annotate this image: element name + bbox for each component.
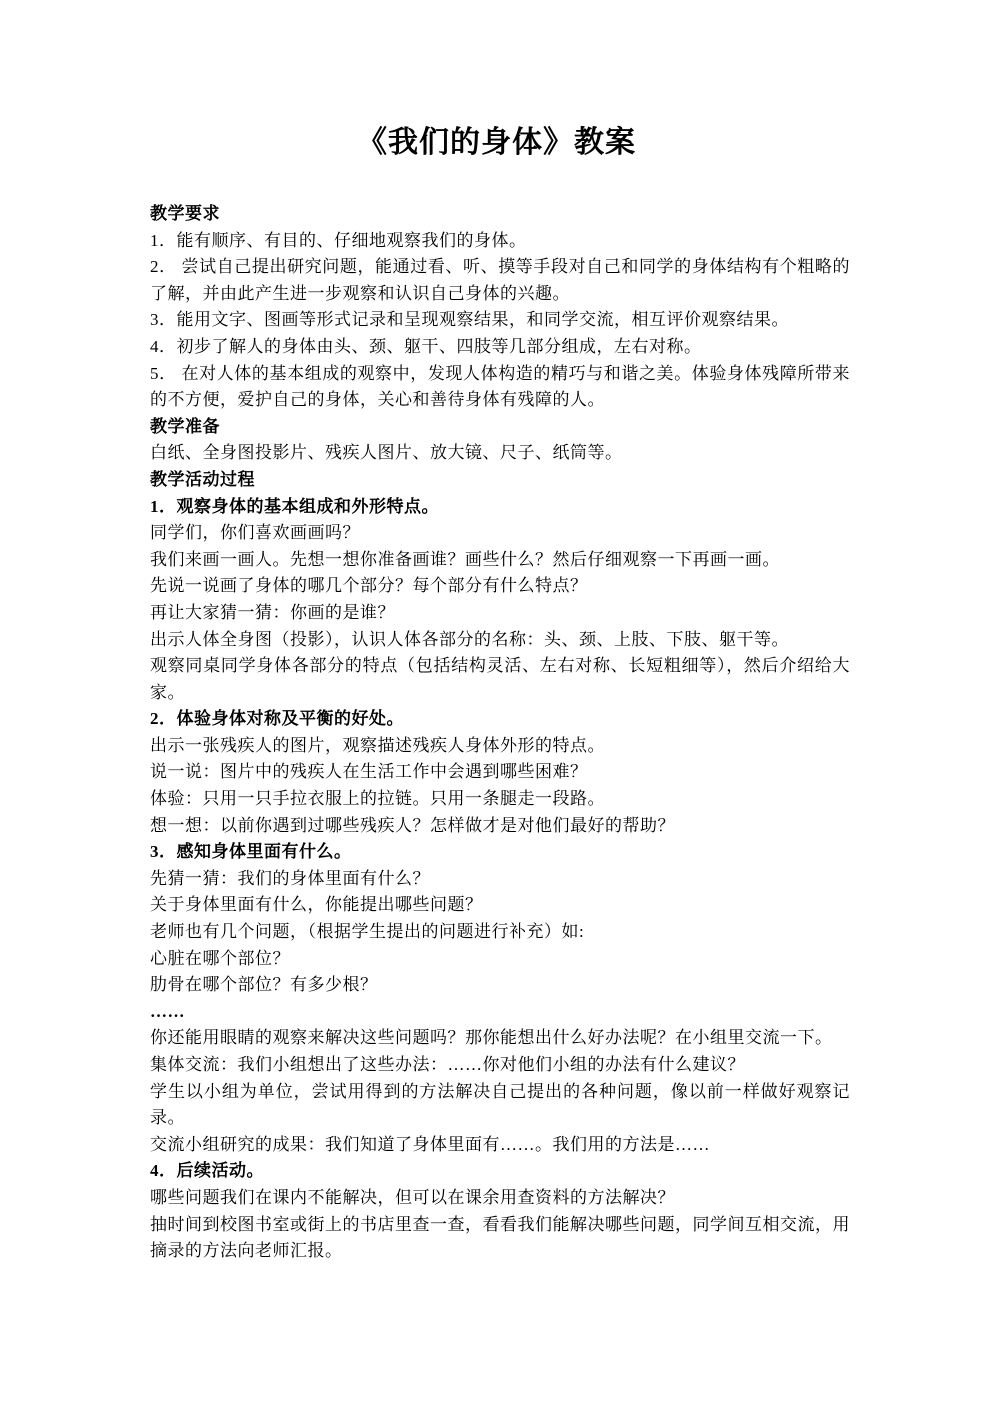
heading-teaching-activities: 教学活动过程 xyxy=(150,467,850,494)
activity-3-line-1: 先猜一猜：我们的身体里面有什么？ xyxy=(150,866,850,893)
activity-1-line-2: 我们来画一画人。先想一想你准备画谁？画些什么？然后仔细观察一下再画一画。 xyxy=(150,547,850,574)
activity-3-heading: 3．感知身体里面有什么。 xyxy=(150,839,850,866)
activity-1-line-5: 出示人体全身图（投影），认识人体各部分的名称：头、颈、上肢、下肢、躯干等。 xyxy=(150,627,850,654)
activity-3-line-6: 学生以小组为单位，尝试用得到的方法解决自己提出的各种问题，像以前一样做好观察记录… xyxy=(150,1079,850,1132)
activity-1-line-4: 再让大家猜一猜：你画的是谁？ xyxy=(150,600,850,627)
activity-1-heading: 1．观察身体的基本组成和外形特点。 xyxy=(150,494,850,521)
activity-3-question-ribs: 肋骨在哪个部位？有多少根？ xyxy=(150,972,850,999)
activity-1-line-3: 先说一说画了身体的哪几个部分？每个部分有什么特点？ xyxy=(150,573,850,600)
activity-2-line-3: 体验：只用一只手拉衣服上的拉链。只用一条腿走一段路。 xyxy=(150,786,850,813)
heading-teaching-requirements: 教学要求 xyxy=(150,201,850,228)
activity-4-line-2: 抽时间到校图书室或街上的书店里查一查，看看我们能解决哪些问题，同学间互相交流，用… xyxy=(150,1212,850,1265)
document-page: 《我们的身体》教案 教学要求 1．能有顺序、有目的、仔细地观察我们的身体。 2．… xyxy=(0,0,993,1404)
activity-3-question-heart: 心脏在哪个部位？ xyxy=(150,946,850,973)
activity-3-line-5: 集体交流：我们小组想出了这些办法：……你对他们小组的办法有什么建议？ xyxy=(150,1052,850,1079)
activity-2-heading: 2．体验身体对称及平衡的好处。 xyxy=(150,706,850,733)
activity-2-line-2: 说一说：图片中的残疾人在生活工作中会遇到哪些困难？ xyxy=(150,759,850,786)
ellipsis-line: …… xyxy=(150,999,850,1026)
requirement-item-1: 1．能有顺序、有目的、仔细地观察我们的身体。 xyxy=(150,228,850,255)
activity-3-line-4: 你还能用眼睛的观察来解决这些问题吗？那你能想出什么好办法呢？在小组里交流一下。 xyxy=(150,1025,850,1052)
requirement-item-4: 4．初步了解人的身体由头、颈、躯干、四肢等几部分组成，左右对称。 xyxy=(150,334,850,361)
requirement-item-5: 5． 在对人体的基本组成的观察中，发现人体构造的精巧与和谐之美。体验身体残障所带… xyxy=(150,361,850,414)
activity-3-line-3: 老师也有几个问题，（根据学生提出的问题进行补充）如: xyxy=(150,919,850,946)
document-title: 《我们的身体》教案 xyxy=(0,0,993,164)
heading-teaching-preparation: 教学准备 xyxy=(150,414,850,441)
activity-1-line-1: 同学们，你们喜欢画画吗？ xyxy=(150,520,850,547)
activity-4-heading: 4．后续活动。 xyxy=(150,1158,850,1185)
activity-4-line-1: 哪些问题我们在课内不能解决，但可以在课余用查资料的方法解决？ xyxy=(150,1185,850,1212)
activity-2-line-4: 想一想：以前你遇到过哪些残疾人？怎样做才是对他们最好的帮助？ xyxy=(150,813,850,840)
document-body: 教学要求 1．能有顺序、有目的、仔细地观察我们的身体。 2． 尝试自己提出研究问… xyxy=(150,201,850,1265)
activity-1-line-6: 观察同桌同学身体各部分的特点（包括结构灵活、左右对称、长短粗细等），然后介绍给大… xyxy=(150,653,850,706)
activity-2-line-1: 出示一张残疾人的图片，观察描述残疾人身体外形的特点。 xyxy=(150,733,850,760)
activity-3-line-7: 交流小组研究的成果：我们知道了身体里面有……。我们用的方法是…… xyxy=(150,1132,850,1159)
requirement-item-2: 2． 尝试自己提出研究问题，能通过看、听、摸等手段对自己和同学的身体结构有个粗略… xyxy=(150,254,850,307)
requirement-item-3: 3．能用文字、图画等形式记录和呈现观察结果，和同学交流，相互评价观察结果。 xyxy=(150,307,850,334)
preparation-materials: 白纸、全身图投影片、残疾人图片、放大镜、尺子、纸筒等。 xyxy=(150,440,850,467)
activity-3-line-2: 关于身体里面有什么，你能提出哪些问题？ xyxy=(150,892,850,919)
